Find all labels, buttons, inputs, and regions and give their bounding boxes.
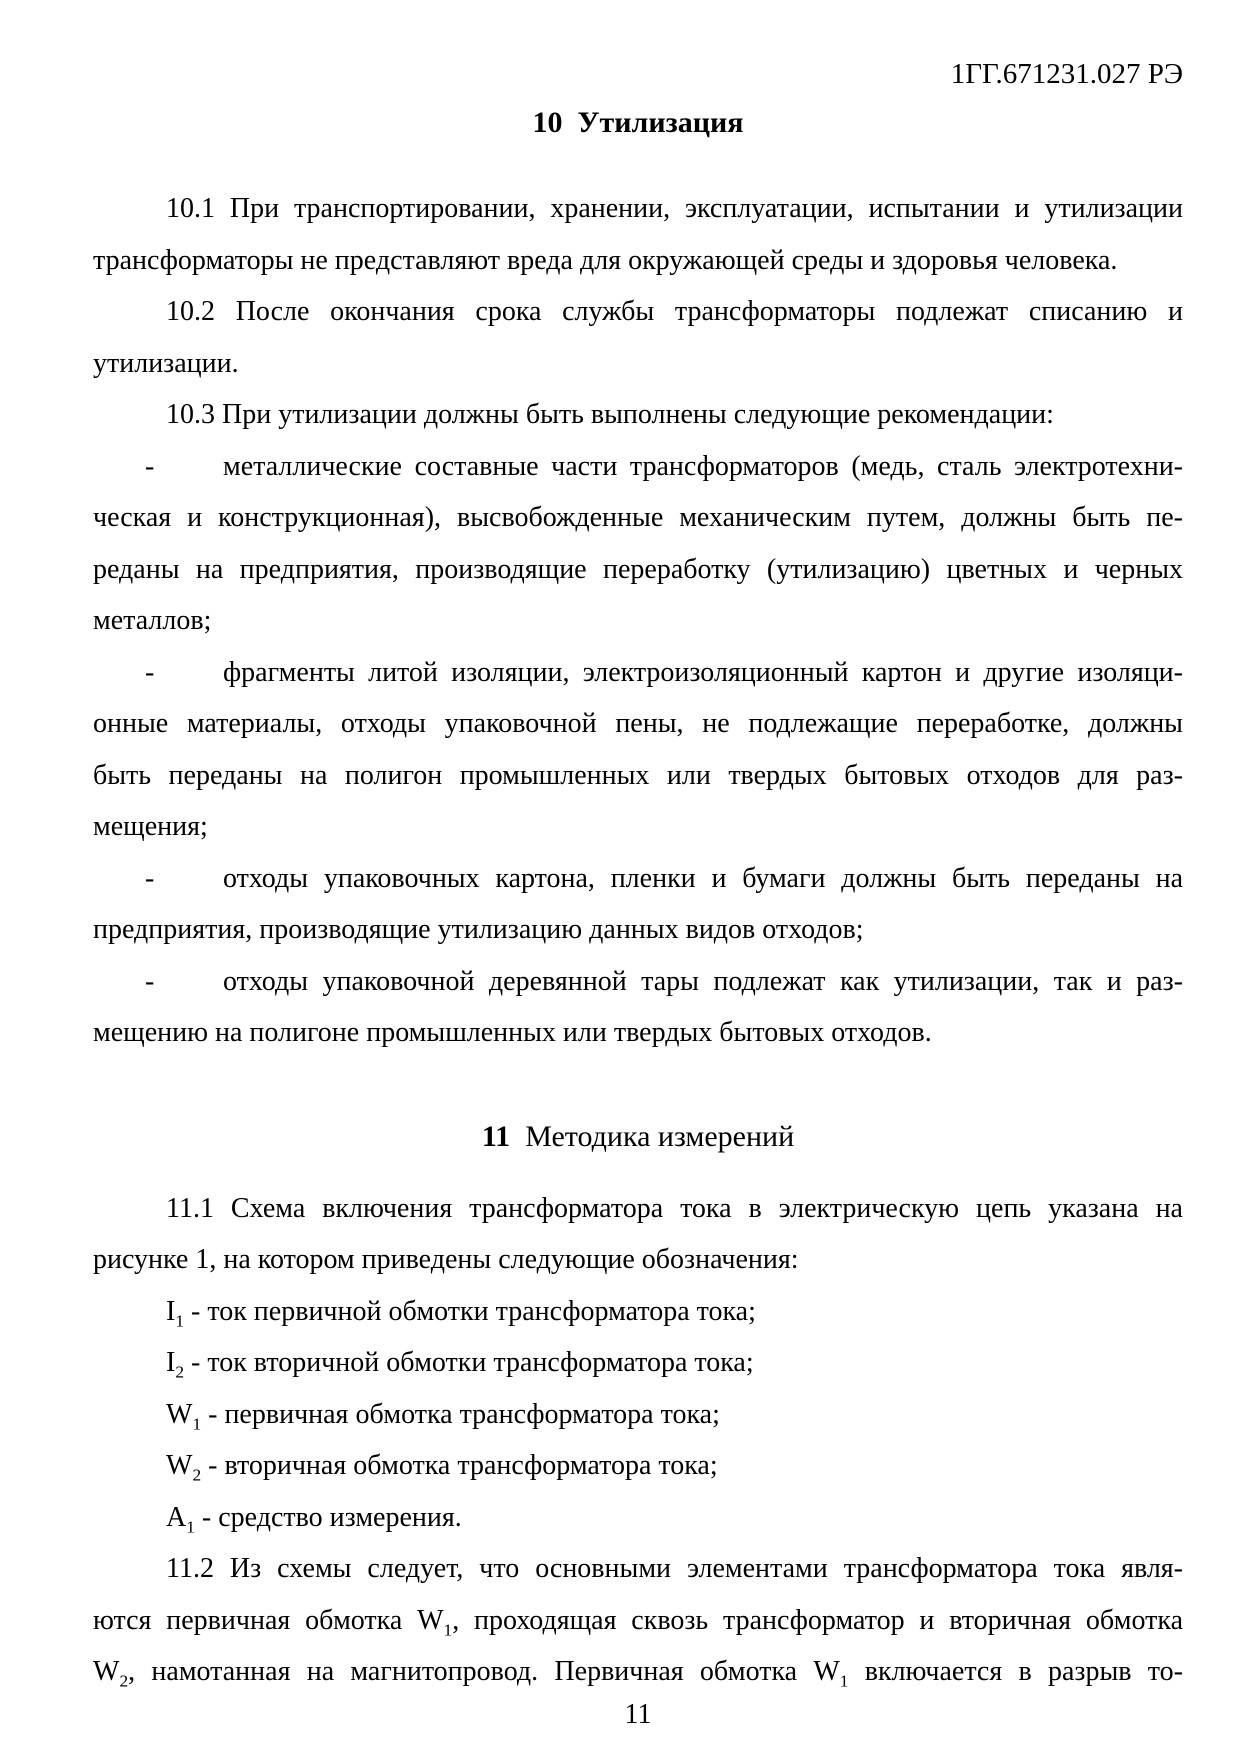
text-run: трансформаторы не представляют вреда для… (93, 245, 1117, 276)
text-run: A1 - средство измерения. (166, 1502, 462, 1533)
text-run: I1 - ток первичной обмотки трансформатор… (166, 1296, 756, 1327)
text-line: утилизации. (93, 338, 1183, 390)
paragraph: -фрагменты литой изоляции, электроизоляц… (93, 647, 1183, 853)
section-heading-11: 11Методика измерений (93, 1119, 1183, 1155)
text-line: 10.1 При транспортировании, хранении, эк… (93, 183, 1183, 235)
text-line: 11.1 Схема включения трансформатора тока… (93, 1183, 1183, 1235)
paragraph: 10.1 При транспортировании, хранении, эк… (93, 183, 1183, 286)
list-marker: - (145, 647, 223, 699)
paragraph: W1 - первичная обмотка трансформатора то… (93, 1389, 1183, 1441)
list-marker: - (145, 441, 223, 493)
paragraph: I2 - ток вторичной обмотки трансформатор… (93, 1337, 1183, 1389)
text-run: W2, намотанная на магнитопровод. Первичн… (93, 1656, 1183, 1687)
text-run: металлов; (93, 605, 211, 636)
text-line: -отходы упаковочных картона, пленки и бу… (93, 853, 1183, 905)
text-run: онные материалы, отходы упаковочной пены… (93, 708, 1183, 739)
paragraph: 10.2 После окончания срока службы трансф… (93, 286, 1183, 389)
text-run: мещения; (93, 811, 208, 842)
text-line: ются первичная обмотка W1, проходящая ск… (93, 1595, 1183, 1647)
text-run: 11.1 Схема включения трансформатора тока… (166, 1193, 1183, 1224)
text-run: 10.1 При транспортировании, хранении, эк… (166, 193, 1183, 224)
text-line: I1 - ток первичной обмотки трансформатор… (93, 1286, 1183, 1338)
section-title: Методика измерений (525, 1120, 794, 1153)
text-run: реданы на предприятия, производящие пере… (93, 554, 1183, 585)
text-line: рисунке 1, на котором приведены следующи… (93, 1234, 1183, 1286)
section-title: Утилизация (577, 106, 743, 139)
text-run: рисунке 1, на котором приведены следующи… (93, 1244, 799, 1275)
paragraph: -отходы упаковочной деревянной тары подл… (93, 956, 1183, 1059)
text-run: утилизации. (93, 348, 239, 379)
text-line: мещению на полигоне промышленных или тве… (93, 1007, 1183, 1059)
text-line: быть переданы на полигон промышленных ил… (93, 750, 1183, 802)
text-run: W1 - первичная обмотка трансформатора то… (166, 1399, 720, 1430)
text-line: 11.2 Из схемы следует, что основными эле… (93, 1543, 1183, 1595)
text-line: 10.2 После окончания срока службы трансф… (93, 286, 1183, 338)
text-line: мещения; (93, 801, 1183, 853)
list-marker: - (145, 956, 223, 1008)
paragraph: A1 - средство измерения. (93, 1492, 1183, 1544)
text-line: предприятия, производящие утилизацию дан… (93, 904, 1183, 956)
text-run: металлические составные части трансформа… (223, 451, 1183, 482)
paragraph: -металлические составные части трансформ… (93, 441, 1183, 647)
text-line: трансформаторы не представляют вреда для… (93, 235, 1183, 287)
text-line: ческая и конструкционная), высвобожденны… (93, 492, 1183, 544)
paragraph: 11.1 Схема включения трансформатора тока… (93, 1183, 1183, 1286)
section-heading-10: 10Утилизация (93, 105, 1183, 141)
section-number: 11 (482, 1120, 510, 1153)
section-11-body: 11.1 Схема включения трансформатора тока… (93, 1183, 1183, 1698)
text-run: W2 - вторичная обмотка трансформатора то… (166, 1450, 718, 1481)
paragraph: W2 - вторичная обмотка трансформатора то… (93, 1440, 1183, 1492)
paragraph: I1 - ток первичной обмотки трансформатор… (93, 1286, 1183, 1338)
text-line: A1 - средство измерения. (93, 1492, 1183, 1544)
text-line: W2, намотанная на магнитопровод. Первичн… (93, 1646, 1183, 1698)
paragraph: 11.2 Из схемы следует, что основными эле… (93, 1543, 1183, 1698)
text-run: I2 - ток вторичной обмотки трансформатор… (166, 1347, 754, 1378)
document-code: 1ГГ.671231.027 РЭ (93, 58, 1183, 91)
text-line: -отходы упаковочной деревянной тары подл… (93, 956, 1183, 1008)
text-run: отходы упаковочных картона, пленки и бум… (223, 863, 1183, 894)
text-run: мещению на полигоне промышленных или тве… (93, 1017, 932, 1048)
text-line: -фрагменты литой изоляции, электроизоляц… (93, 647, 1183, 699)
section-number: 10 (532, 106, 562, 139)
text-line: W1 - первичная обмотка трансформатора то… (93, 1389, 1183, 1441)
text-line: -металлические составные части трансформ… (93, 441, 1183, 493)
page-number: 11 (93, 1698, 1183, 1731)
text-line: металлов; (93, 595, 1183, 647)
text-run: 10.2 После окончания срока службы трансф… (166, 296, 1183, 327)
text-line: I2 - ток вторичной обмотки трансформатор… (93, 1337, 1183, 1389)
text-run: 11.2 Из схемы следует, что основными эле… (166, 1553, 1183, 1584)
text-run: быть переданы на полигон промышленных ил… (93, 760, 1183, 791)
text-run: ются первичная обмотка W1, проходящая ск… (93, 1605, 1183, 1636)
paragraph: 10.3 При утилизации должны быть выполнен… (93, 389, 1183, 441)
text-run: фрагменты литой изоляции, электроизоляци… (223, 657, 1183, 688)
text-run: отходы упаковочной деревянной тары подле… (223, 966, 1183, 997)
text-line: реданы на предприятия, производящие пере… (93, 544, 1183, 596)
text-run: ческая и конструкционная), высвобожденны… (93, 502, 1183, 533)
document-page: 1ГГ.671231.027 РЭ 10Утилизация 10.1 При … (0, 0, 1241, 1755)
text-line: 10.3 При утилизации должны быть выполнен… (93, 389, 1183, 441)
text-line: W2 - вторичная обмотка трансформатора то… (93, 1440, 1183, 1492)
text-line: онные материалы, отходы упаковочной пены… (93, 698, 1183, 750)
text-run: предприятия, производящие утилизацию дан… (93, 914, 864, 945)
section-10-body: 10.1 При транспортировании, хранении, эк… (93, 183, 1183, 1059)
list-marker: - (145, 853, 223, 905)
text-run: 10.3 При утилизации должны быть выполнен… (166, 399, 1054, 430)
paragraph: -отходы упаковочных картона, пленки и бу… (93, 853, 1183, 956)
